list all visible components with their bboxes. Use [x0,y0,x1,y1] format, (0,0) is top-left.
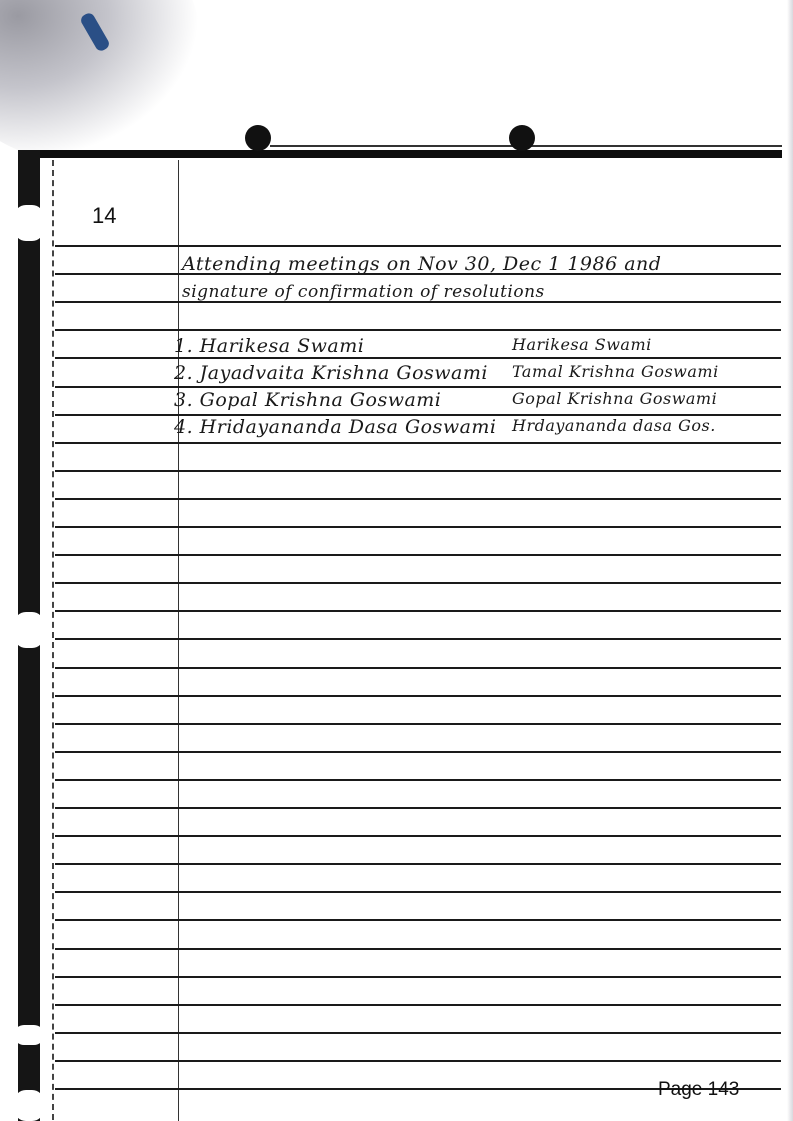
top-border [20,150,782,158]
attendee-name: 2. Jayadvaita Krishna Goswami [174,362,488,384]
ruled-line [55,386,781,388]
ruled-line [55,1032,781,1034]
ruled-line [55,610,781,612]
ruled-line [55,329,781,331]
ruled-line [55,638,781,640]
attendee-name: 3. Gopal Krishna Goswami [174,389,441,411]
page-edge [787,0,793,1121]
ruled-line [55,976,781,978]
punch-hole [245,125,271,151]
heading-line-1: Attending meetings on Nov 30, Dec 1 1986… [182,253,661,275]
ruled-line [55,919,781,921]
ruled-line [55,751,781,753]
binder-hole [14,612,44,648]
scan-shadow [0,0,200,160]
attendee-signature: Harikesa Swami [512,335,652,354]
ruled-line [55,891,781,893]
ruled-line [55,1004,781,1006]
ruled-line [55,554,781,556]
ruled-line [55,245,781,247]
punch-hole [509,125,535,151]
attendee-signature: Hrdayananda dasa Gos. [512,416,716,435]
ruled-line [55,667,781,669]
binder-hole [14,1090,44,1121]
attendee-signature: Gopal Krishna Goswami [512,389,717,408]
ruled-line [55,695,781,697]
ruled-line [55,835,781,837]
heading-line-2: signature of confirmation of resolutions [182,282,545,302]
ruled-line [55,863,781,865]
ruled-line [55,779,781,781]
ruled-line [55,948,781,950]
ruled-line [55,582,781,584]
binder-hole [14,205,44,241]
page-label: 14 [92,203,116,229]
left-perforation [52,160,54,1120]
ruled-line [55,526,781,528]
ruled-line [55,807,781,809]
attendee-name: 1. Harikesa Swami [174,335,364,357]
ruled-line [55,442,781,444]
ruled-line [55,723,781,725]
ruled-line [55,470,781,472]
page-footer: Page 143 [658,1079,739,1101]
attendee-signature: Tamal Krishna Goswami [512,362,719,381]
ruled-line [55,498,781,500]
binder-hole [14,1025,44,1045]
ruled-line [55,357,781,359]
attendee-name: 4. Hridayananda Dasa Goswami [174,416,497,438]
ruled-line [55,1060,781,1062]
